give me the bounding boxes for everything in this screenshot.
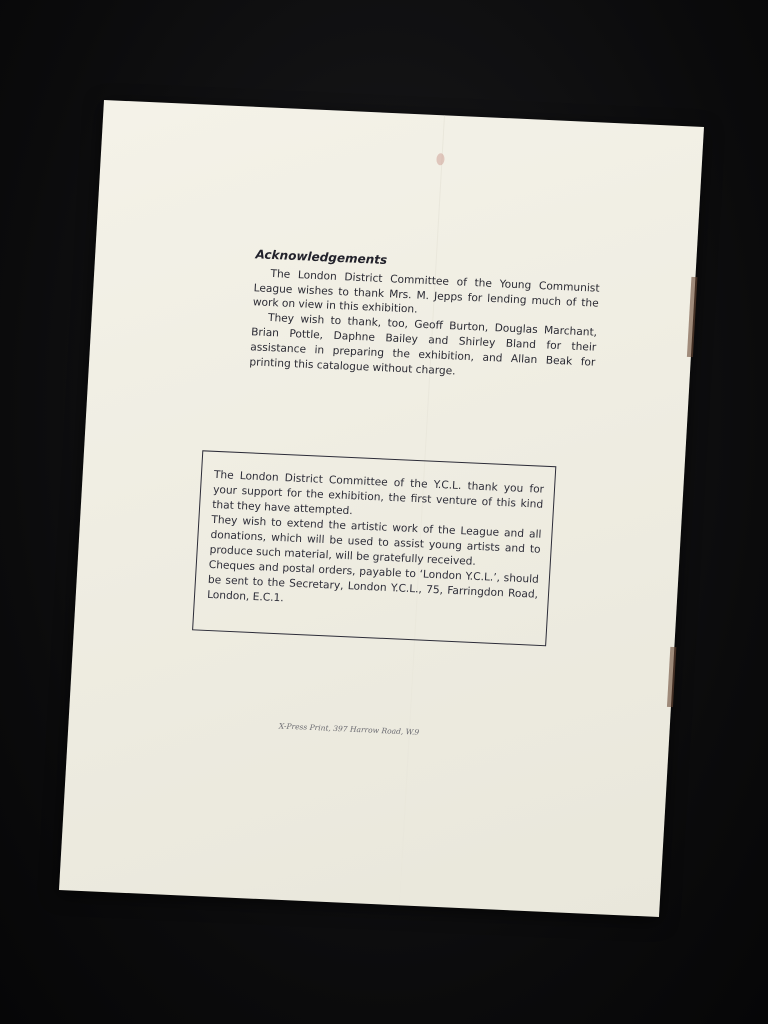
- catalogue-back-cover: Acknowledgements The London District Com…: [59, 100, 704, 917]
- torn-edge-lower: [667, 647, 676, 707]
- torn-edge: [687, 277, 698, 357]
- printer-imprint: X-Press Print, 397 Harrow Road, W.9: [279, 721, 480, 739]
- paper-stain: [436, 153, 445, 165]
- acknowledgements-section: Acknowledgements The London District Com…: [249, 247, 601, 385]
- photo-scene: Acknowledgements The London District Com…: [0, 0, 768, 1024]
- boxed-notice: The London District Committee of the Y.C…: [192, 450, 556, 646]
